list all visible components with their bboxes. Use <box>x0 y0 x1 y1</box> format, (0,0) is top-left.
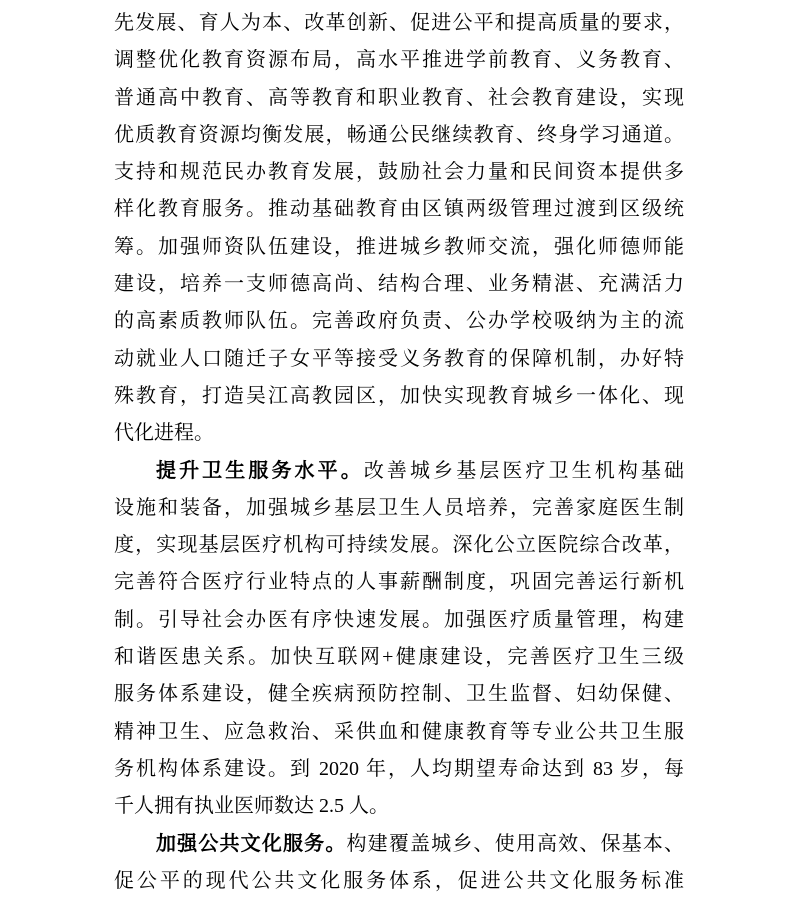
text-line: 先发展、育人为本、改革创新、促进公平和提高质量的要求， <box>114 5 684 42</box>
text-line: 筹。加强师资队伍建设，推进城乡教师交流，强化师德师能 <box>114 229 684 266</box>
text-run: 改善城乡基层医疗卫生机构基础 <box>364 460 684 482</box>
document-page: 先发展、育人为本、改革创新、促进公平和提高质量的要求，调整优化教育资源布局，高水… <box>0 0 793 897</box>
text-line: 千人拥有执业医师数达 2.5 人。 <box>114 788 684 825</box>
text-run: 代化进程。 <box>114 422 214 444</box>
text-line: 设施和装备，加强城乡基层卫生人员培养，完善家庭医生制 <box>114 490 684 527</box>
text-run: 动就业人口随迁子女平等接受义务教育的保障机制，办好特 <box>114 348 684 370</box>
text-line: 精神卫生、应急救治、采供血和健康教育等专业公共卫生服 <box>114 714 684 751</box>
text-line: 服务体系建设，健全疾病预防控制、卫生监督、妇幼保健、 <box>114 676 684 713</box>
text-line: 殊教育，打造吴江高教园区，加快实现教育城乡一体化、现 <box>114 378 684 415</box>
text-run: 调整优化教育资源布局，高水平推进学前教育、义务教育、 <box>114 49 684 71</box>
text-line: 普通高中教育、高等教育和职业教育、社会教育建设，实现 <box>114 80 684 117</box>
text-line: 提升卫生服务水平。改善城乡基层医疗卫生机构基础 <box>114 453 684 490</box>
text-run: 设施和装备，加强城乡基层卫生人员培养，完善家庭医生制 <box>114 497 684 519</box>
document-text-block: 先发展、育人为本、改革创新、促进公平和提高质量的要求，调整优化教育资源布局，高水… <box>114 5 684 897</box>
text-run: 普通高中教育、高等教育和职业教育、社会教育建设，实现 <box>114 87 684 109</box>
text-line: 调整优化教育资源布局，高水平推进学前教育、义务教育、 <box>114 42 684 79</box>
text-run: 优质教育资源均衡发展，畅通公民继续教育、终身学习通道。 <box>114 124 684 146</box>
text-line: 建设，培养一支师德高尚、结构合理、业务精湛、充满活力 <box>114 266 684 303</box>
text-line: 代化进程。 <box>114 415 684 452</box>
text-line: 完善符合医疗行业特点的人事薪酬制度，巩固完善运行新机 <box>114 564 684 601</box>
text-line: 优质教育资源均衡发展，畅通公民继续教育、终身学习通道。 <box>114 117 684 154</box>
text-run: 先发展、育人为本、改革创新、促进公平和提高质量的要求， <box>114 12 684 34</box>
text-run: 筹。加强师资队伍建设，推进城乡教师交流，强化师德师能 <box>114 236 684 258</box>
text-run: 制。引导社会办医有序快速发展。加强医疗质量管理，构建 <box>114 609 684 631</box>
text-line: 度，实现基层医疗机构可持续发展。深化公立医院综合改革， <box>114 527 684 564</box>
text-run: 促公平的现代公共文化服务体系，促进公共文化服务标准 <box>114 870 684 892</box>
paragraph-lead-bold: 提升卫生服务水平。 <box>156 460 364 482</box>
text-run: 精神卫生、应急救治、采供血和健康教育等专业公共卫生服 <box>114 721 684 743</box>
text-line: 动就业人口随迁子女平等接受义务教育的保障机制，办好特 <box>114 341 684 378</box>
text-run: 和谐医患关系。加快互联网+健康建设，完善医疗卫生三级 <box>114 646 684 668</box>
text-run: 千人拥有执业医师数达 2.5 人。 <box>114 795 389 817</box>
text-line: 支持和规范民办教育发展，鼓励社会力量和民间资本提供多 <box>114 154 684 191</box>
text-line: 和谐医患关系。加快互联网+健康建设，完善医疗卫生三级 <box>114 639 684 676</box>
text-run: 完善符合医疗行业特点的人事薪酬制度，巩固完善运行新机 <box>114 571 684 593</box>
paragraph-lead-bold: 加强公共文化服务。 <box>156 833 347 855</box>
text-run: 支持和规范民办教育发展，鼓励社会力量和民间资本提供多 <box>114 161 684 183</box>
text-run: 构建覆盖城乡、使用高效、保基本、 <box>347 833 685 855</box>
text-line: 制。引导社会办医有序快速发展。加强医疗质量管理，构建 <box>114 602 684 639</box>
text-run: 样化教育服务。推动基础教育由区镇两级管理过渡到区级统 <box>114 198 684 220</box>
text-run: 的高素质教师队伍。完善政府负责、公办学校吸纳为主的流 <box>114 310 684 332</box>
text-run: 建设，培养一支师德高尚、结构合理、业务精湛、充满活力 <box>114 273 684 295</box>
text-line: 样化教育服务。推动基础教育由区镇两级管理过渡到区级统 <box>114 191 684 228</box>
text-run: 殊教育，打造吴江高教园区，加快实现教育城乡一体化、现 <box>114 385 684 407</box>
text-run: 服务体系建设，健全疾病预防控制、卫生监督、妇幼保健、 <box>114 683 684 705</box>
text-run: 务机构体系建设。到 2020 年，人均期望寿命达到 83 岁，每 <box>114 758 684 780</box>
text-run: 度，实现基层医疗机构可持续发展。深化公立医院综合改革， <box>114 534 684 556</box>
text-line: 促公平的现代公共文化服务体系，促进公共文化服务标准 <box>114 863 684 897</box>
text-line: 务机构体系建设。到 2020 年，人均期望寿命达到 83 岁，每 <box>114 751 684 788</box>
text-line: 的高素质教师队伍。完善政府负责、公办学校吸纳为主的流 <box>114 303 684 340</box>
text-line: 加强公共文化服务。构建覆盖城乡、使用高效、保基本、 <box>114 826 684 863</box>
